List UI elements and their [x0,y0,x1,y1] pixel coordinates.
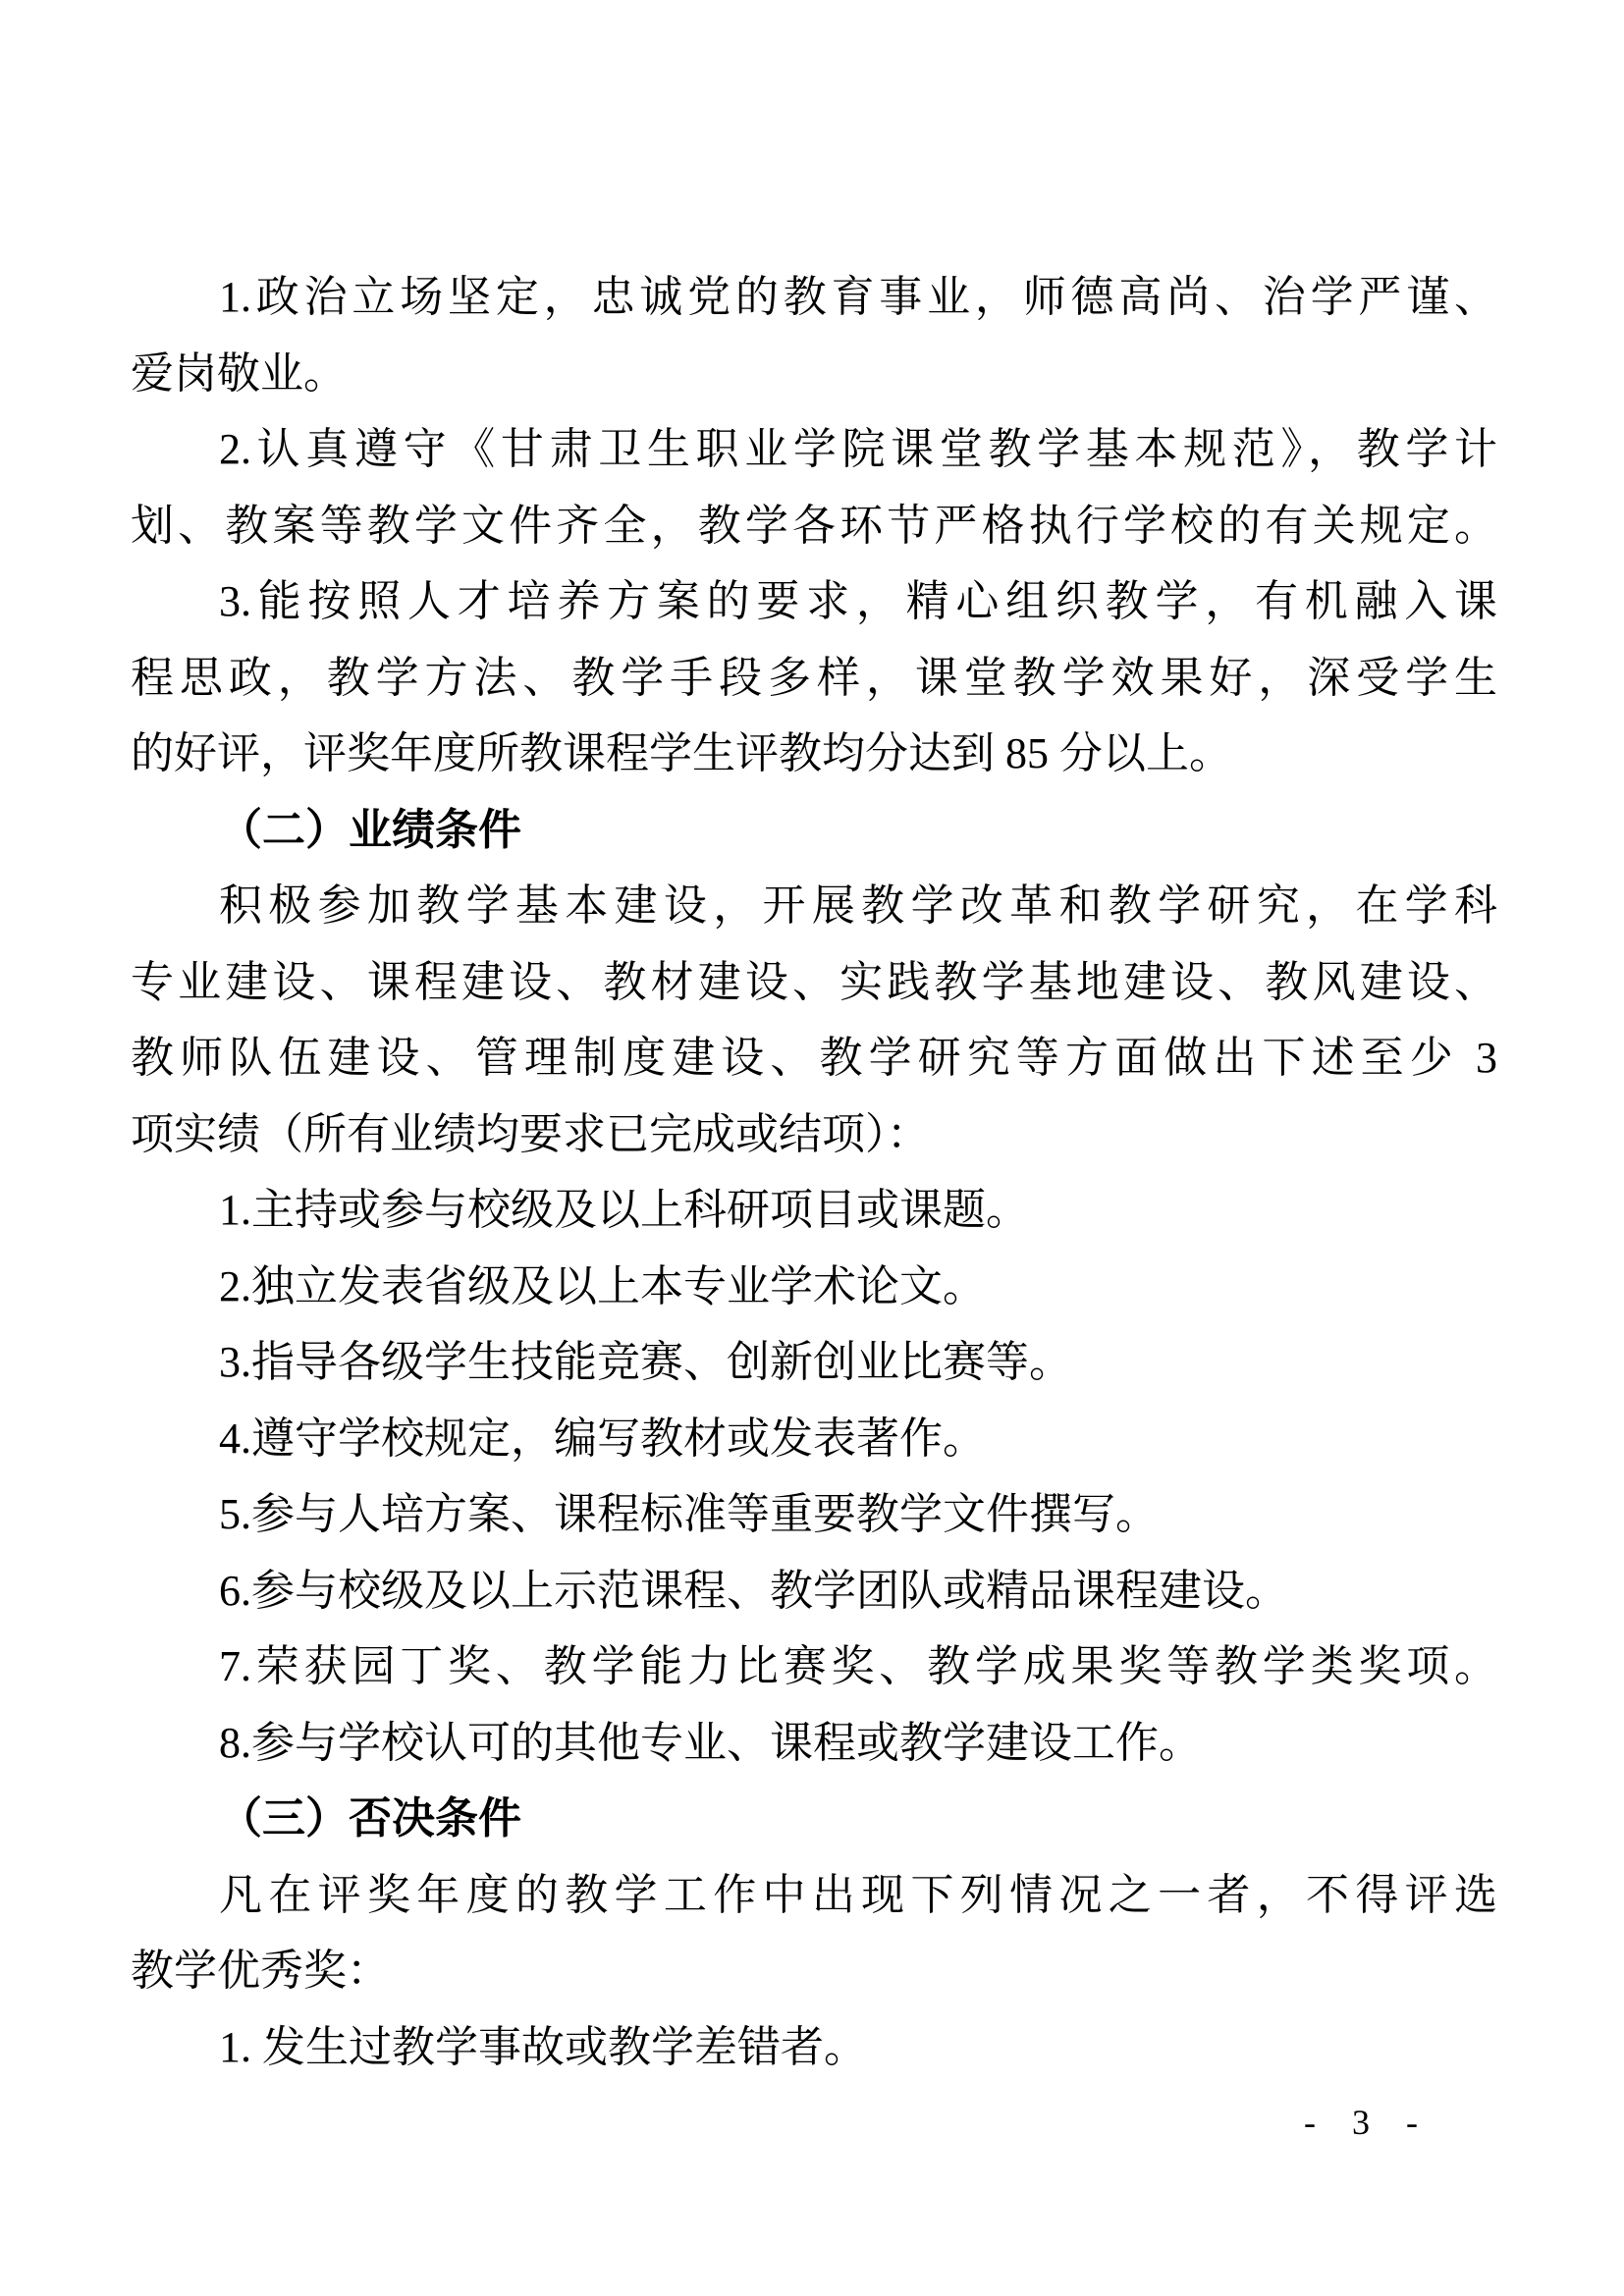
text-line: 1.主持或参与校级及以上科研项目或课题。 [131,1172,1497,1249]
text-line: 3.能按照人才培养方案的要求，精心组织教学，有机融入课 [131,563,1497,640]
text-line: 专业建设、课程建设、教材建设、实践教学基地建设、教风建设、 [131,944,1497,1021]
document-page: 1.政治立场坚定，忠诚党的教育事业，师德高尚、治学严谨、爱岗敬业。2.认真遵守《… [0,0,1624,2296]
text-line: 划、教案等教学文件齐全，教学各环节严格执行学校的有关规定。 [131,488,1497,564]
section-heading: （二）业绩条件 [131,792,1497,869]
text-line: 4.遵守学校规定，编写教材或发表著作。 [131,1401,1497,1477]
text-line: 凡在评奖年度的教学工作中出现下列情况之一者，不得评选 [131,1857,1497,1934]
text-line: 程思政，教学方法、教学手段多样，课堂教学效果好，深受学生 [131,640,1497,717]
text-lines: 1.政治立场坚定，忠诚党的教育事业，师德高尚、治学严谨、爱岗敬业。2.认真遵守《… [131,259,1497,2085]
text-line: 2.独立发表省级及以上本专业学术论文。 [131,1249,1497,1325]
page-number: - 3 - [1304,2101,1432,2144]
section-heading: （三）否决条件 [131,1781,1497,1857]
text-line: 3.指导各级学生技能竞赛、创新创业比赛等。 [131,1324,1497,1401]
text-line: 项实绩（所有业绩均要求已完成或结项）： [131,1096,1497,1173]
text-line: 1.政治立场坚定，忠诚党的教育事业，师德高尚、治学严谨、 [131,259,1497,336]
text-line: 2.认真遵守《甘肃卫生职业学院课堂教学基本规范》，教学计 [131,411,1497,488]
text-line: 6.参与校级及以上示范课程、教学团队或精品课程建设。 [131,1553,1497,1629]
text-line: 教学优秀奖： [131,1933,1497,2009]
text-line: 1. 发生过教学事故或教学差错者。 [131,2009,1497,2086]
text-line: 5.参与人培方案、课程标准等重要教学文件撰写。 [131,1476,1497,1553]
text-line: 的好评，评奖年度所教课程学生评教均分达到 85 分以上。 [131,716,1497,792]
text-line: 爱岗敬业。 [131,336,1497,412]
text-line: 积极参加教学基本建设，开展教学改革和教学研究，在学科 [131,868,1497,944]
text-line: 8.参与学校认可的其他专业、课程或教学建设工作。 [131,1705,1497,1782]
text-line: 教师队伍建设、管理制度建设、教学研究等方面做出下述至少 3 [131,1020,1497,1096]
text-line: 7.荣获园丁奖、教学能力比赛奖、教学成果奖等教学类奖项。 [131,1629,1497,1705]
